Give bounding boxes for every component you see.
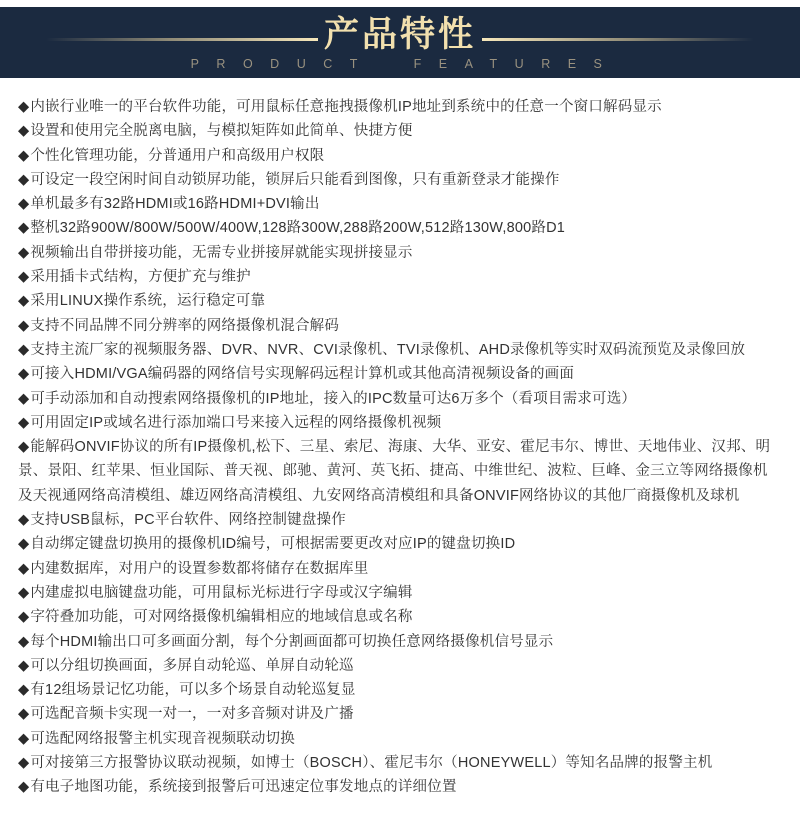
feature-list-item: ◆可选配网络报警主机实现音视频联动切换 [18, 727, 780, 751]
diamond-bullet-icon: ◆ [18, 172, 29, 188]
feature-list-item: ◆可以分组切换画面，多屏自动轮巡、单屏自动轮巡 [18, 654, 780, 678]
feature-text: 整机32路900W/800W/500W/400W,128路300W,288路20… [30, 220, 565, 236]
feature-list-item: ◆可设定一段空闲时间自动锁屏功能，锁屏后只能看到图像，只有重新登录才能操作 [18, 168, 780, 192]
feature-text: 单机最多有32路HDMI或16路HDMI+DVI输出 [30, 196, 319, 212]
diamond-bullet-icon: ◆ [18, 220, 29, 236]
feature-list-item: ◆有电子地图功能，系统接到报警后可迅速定位事发地点的详细位置 [18, 775, 780, 799]
feature-list-item: ◆有12组场景记忆功能，可以多个场景自动轮巡复显 [18, 678, 780, 702]
feature-text: 能解码ONVIF协议的所有IP摄像机,松下、三星、索尼、海康、大华、亚安、霍尼韦… [18, 439, 770, 504]
feature-list-item: ◆视频输出自带拼接功能，无需专业拼接屏就能实现拼接显示 [18, 241, 780, 265]
feature-list-item: ◆可选配音频卡实现一对一，一对多音频对讲及广播 [18, 702, 780, 726]
feature-text: 有电子地图功能，系统接到报警后可迅速定位事发地点的详细位置 [30, 779, 456, 795]
feature-list-item: ◆支持USB鼠标，PC平台软件、网络控制键盘操作 [18, 508, 780, 532]
feature-list-item: ◆内建数据库，对用户的设置参数都将储存在数据库里 [18, 557, 780, 581]
diamond-bullet-icon: ◆ [18, 245, 29, 261]
page-header-banner: 产品特性 PRODUCT FEATURES [0, 7, 800, 78]
diamond-bullet-icon: ◆ [18, 293, 29, 309]
diamond-bullet-icon: ◆ [18, 561, 29, 577]
feature-text: 采用插卡式结构，方便扩充与维护 [30, 269, 251, 285]
feature-text: 个性化管理功能，分普通用户和高级用户权限 [30, 148, 324, 164]
diamond-bullet-icon: ◆ [18, 755, 29, 771]
diamond-bullet-icon: ◆ [18, 123, 29, 139]
feature-text: 有12组场景记忆功能，可以多个场景自动轮巡复显 [30, 682, 355, 698]
feature-list-item: ◆自动绑定键盘切换用的摄像机ID编号，可根据需要更改对应IP的键盘切换ID [18, 532, 780, 556]
feature-text: 可以分组切换画面，多屏自动轮巡、单屏自动轮巡 [30, 658, 353, 674]
feature-list-item: ◆个性化管理功能，分普通用户和高级用户权限 [18, 144, 780, 168]
feature-text: 设置和使用完全脱离电脑，与模拟矩阵如此简单、快捷方便 [30, 123, 412, 139]
page-subtitle: PRODUCT FEATURES [181, 57, 620, 71]
right-divider-line [482, 38, 754, 41]
feature-list-item: ◆字符叠加功能，可对网络摄像机编辑相应的地域信息或名称 [18, 605, 780, 629]
diamond-bullet-icon: ◆ [18, 682, 29, 698]
feature-list-item: ◆采用LINUX操作系统，运行稳定可靠 [18, 289, 780, 313]
diamond-bullet-icon: ◆ [18, 99, 29, 115]
diamond-bullet-icon: ◆ [18, 196, 29, 212]
feature-text: 支持不同品牌不同分辨率的网络摄像机混合解码 [30, 318, 339, 334]
feature-text: 采用LINUX操作系统，运行稳定可靠 [30, 293, 265, 309]
feature-text: 可接入HDMI/VGA编码器的网络信号实现解码远程计算机或其他高清视频设备的画面 [30, 366, 574, 382]
diamond-bullet-icon: ◆ [18, 585, 29, 601]
feature-list-item: ◆每个HDMI输出口可多画面分割，每个分割画面都可切换任意网络摄像机信号显示 [18, 630, 780, 654]
diamond-bullet-icon: ◆ [18, 512, 29, 528]
diamond-bullet-icon: ◆ [18, 391, 29, 407]
feature-text: 字符叠加功能，可对网络摄像机编辑相应的地域信息或名称 [30, 609, 412, 625]
feature-list-item: ◆支持不同品牌不同分辨率的网络摄像机混合解码 [18, 314, 780, 338]
feature-list-item: ◆整机32路900W/800W/500W/400W,128路300W,288路2… [18, 216, 780, 240]
feature-list-item: ◆设置和使用完全脱离电脑，与模拟矩阵如此简单、快捷方便 [18, 119, 780, 143]
feature-text: 视频输出自带拼接功能，无需专业拼接屏就能实现拼接显示 [30, 245, 412, 261]
feature-text: 可选配音频卡实现一对一，一对多音频对讲及广播 [30, 706, 353, 722]
page-title: 产品特性 [324, 16, 476, 54]
diamond-bullet-icon: ◆ [18, 609, 29, 625]
diamond-bullet-icon: ◆ [18, 148, 29, 164]
feature-list-item: ◆单机最多有32路HDMI或16路HDMI+DVI输出 [18, 192, 780, 216]
feature-list-item: ◆内嵌行业唯一的平台软件功能，可用鼠标任意拖拽摄像机IP地址到系统中的任意一个窗… [18, 95, 780, 119]
feature-text: 可用固定IP或域名进行添加端口号来接入远程的网络摄像机视频 [30, 415, 441, 431]
diamond-bullet-icon: ◆ [18, 706, 29, 722]
left-divider-line [46, 38, 318, 41]
feature-text: 可设定一段空闲时间自动锁屏功能，锁屏后只能看到图像，只有重新登录才能操作 [30, 172, 559, 188]
feature-text: 每个HDMI输出口可多画面分割，每个分割画面都可切换任意网络摄像机信号显示 [30, 634, 553, 650]
feature-list-item: ◆可接入HDMI/VGA编码器的网络信号实现解码远程计算机或其他高清视频设备的画… [18, 362, 780, 386]
feature-text: 可手动添加和自动搜索网络摄像机的IP地址，接入的IPC数量可达6万多个（看项目需… [30, 391, 636, 407]
diamond-bullet-icon: ◆ [18, 634, 29, 650]
diamond-bullet-icon: ◆ [18, 658, 29, 674]
feature-text: 支持主流厂家的视频服务器、DVR、NVR、CVI录像机、TVI录像机、AHD录像… [30, 342, 745, 358]
feature-list-item: ◆可用固定IP或域名进行添加端口号来接入远程的网络摄像机视频 [18, 411, 780, 435]
title-row: 产品特性 [0, 16, 800, 54]
feature-text: 内嵌行业唯一的平台软件功能，可用鼠标任意拖拽摄像机IP地址到系统中的任意一个窗口… [30, 99, 662, 115]
diamond-bullet-icon: ◆ [18, 366, 29, 382]
feature-text: 可选配网络报警主机实现音视频联动切换 [30, 731, 295, 747]
diamond-bullet-icon: ◆ [18, 269, 29, 285]
feature-list: ◆内嵌行业唯一的平台软件功能，可用鼠标任意拖拽摄像机IP地址到系统中的任意一个窗… [0, 78, 800, 800]
feature-text: 自动绑定键盘切换用的摄像机ID编号，可根据需要更改对应IP的键盘切换ID [30, 536, 515, 552]
feature-text: 内建虚拟电脑键盘功能，可用鼠标光标进行字母或汉字编辑 [30, 585, 412, 601]
feature-list-item: ◆能解码ONVIF协议的所有IP摄像机,松下、三星、索尼、海康、大华、亚安、霍尼… [18, 435, 780, 508]
product-features-page: 产品特性 PRODUCT FEATURES ◆内嵌行业唯一的平台软件功能，可用鼠… [0, 0, 800, 836]
feature-list-item: ◆支持主流厂家的视频服务器、DVR、NVR、CVI录像机、TVI录像机、AHD录… [18, 338, 780, 362]
diamond-bullet-icon: ◆ [18, 439, 29, 455]
feature-text: 内建数据库，对用户的设置参数都将储存在数据库里 [30, 561, 368, 577]
feature-text: 可对接第三方报警协议联动视频，如博士（BOSCH）、霍尼韦尔（HONEYWELL… [30, 755, 712, 771]
feature-list-item: ◆内建虚拟电脑键盘功能，可用鼠标光标进行字母或汉字编辑 [18, 581, 780, 605]
feature-list-item: ◆可对接第三方报警协议联动视频，如博士（BOSCH）、霍尼韦尔（HONEYWEL… [18, 751, 780, 775]
diamond-bullet-icon: ◆ [18, 415, 29, 431]
diamond-bullet-icon: ◆ [18, 779, 29, 795]
diamond-bullet-icon: ◆ [18, 731, 29, 747]
feature-text: 支持USB鼠标，PC平台软件、网络控制键盘操作 [30, 512, 346, 528]
diamond-bullet-icon: ◆ [18, 318, 29, 334]
diamond-bullet-icon: ◆ [18, 536, 29, 552]
feature-list-item: ◆采用插卡式结构，方便扩充与维护 [18, 265, 780, 289]
diamond-bullet-icon: ◆ [18, 342, 29, 358]
feature-list-item: ◆可手动添加和自动搜索网络摄像机的IP地址，接入的IPC数量可达6万多个（看项目… [18, 387, 780, 411]
